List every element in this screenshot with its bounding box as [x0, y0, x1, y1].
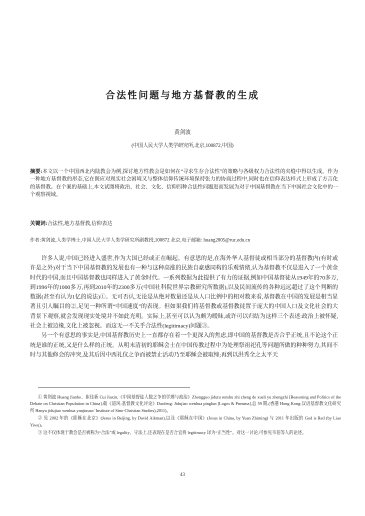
footnotes-block: ① 黄剑波 Huang Jianbo、崔佳新 Cui Jiaxin,《中国基督徒…: [30, 394, 341, 437]
body-paragraph: 许多人说,中国已经进入盛世,作为大国已经或正在崛起。有意思的是,在海外华人基督徒…: [30, 254, 338, 331]
page-title: 合法性问题与地方基督教的生成: [0, 88, 365, 102]
abstract-text: 本文以一个中国西北内陆教会为例,探讨地方性教会是如何在“寻求生存合法性”的策略与…: [30, 169, 338, 198]
author-affiliation: (中国人民大学人类学研究所,北京,100872,中国): [0, 141, 365, 149]
footnote-item: ① 黄剑波 Huang Jianbo、崔佳新 Cui Jiaxin,《中国基督徒…: [30, 394, 341, 414]
paper-page: 合法性问题与地方基督教的生成 黄剑波 (中国人民大学人类学研究所,北京,1008…: [0, 0, 365, 516]
keywords-text: 合法性,地方基督教,信仰表达: [47, 221, 112, 227]
page-number: 43: [0, 472, 365, 478]
keywords-line: 关键词:合法性,地方基督教,信仰表达: [30, 219, 338, 227]
footnote-separator: [38, 387, 190, 388]
author-name: 黄剑波: [0, 128, 365, 136]
footnote-item: ② 见 2002 年的《耶稣在北京》(Jesus in Beijing, by …: [30, 415, 341, 428]
body-text: 许多人说,中国已经进入盛世,作为大国已经或正在崛起。有意思的是,在海外华人基督徒…: [30, 254, 338, 385]
author-bio-note: 作者:黄剑波,人类学博士,中国人民大学人类学研究所副教授,100872 北京,电…: [30, 236, 340, 243]
keywords-label: 关键词:: [30, 221, 47, 227]
abstract-label: 摘要:: [30, 169, 42, 175]
body-paragraph: 另一个有意思的事实是,中国基督教历史上一直都存在着一个更深入的焦虑,即中国的基督…: [30, 331, 338, 360]
footnote-item: ③ 这不仅体现于教会是否被称为“合法”或 legality、守法上,还表现在是否…: [30, 430, 341, 437]
abstract-block: 摘要:本文以一个中国西北内陆教会为例,探讨地方性教会是如何在“寻求生存合法性”的…: [30, 168, 338, 199]
document-page: 合法性问题与地方基督教的生成 黄剑波 (中国人民大学人类学研究所,北京,1008…: [0, 0, 365, 516]
